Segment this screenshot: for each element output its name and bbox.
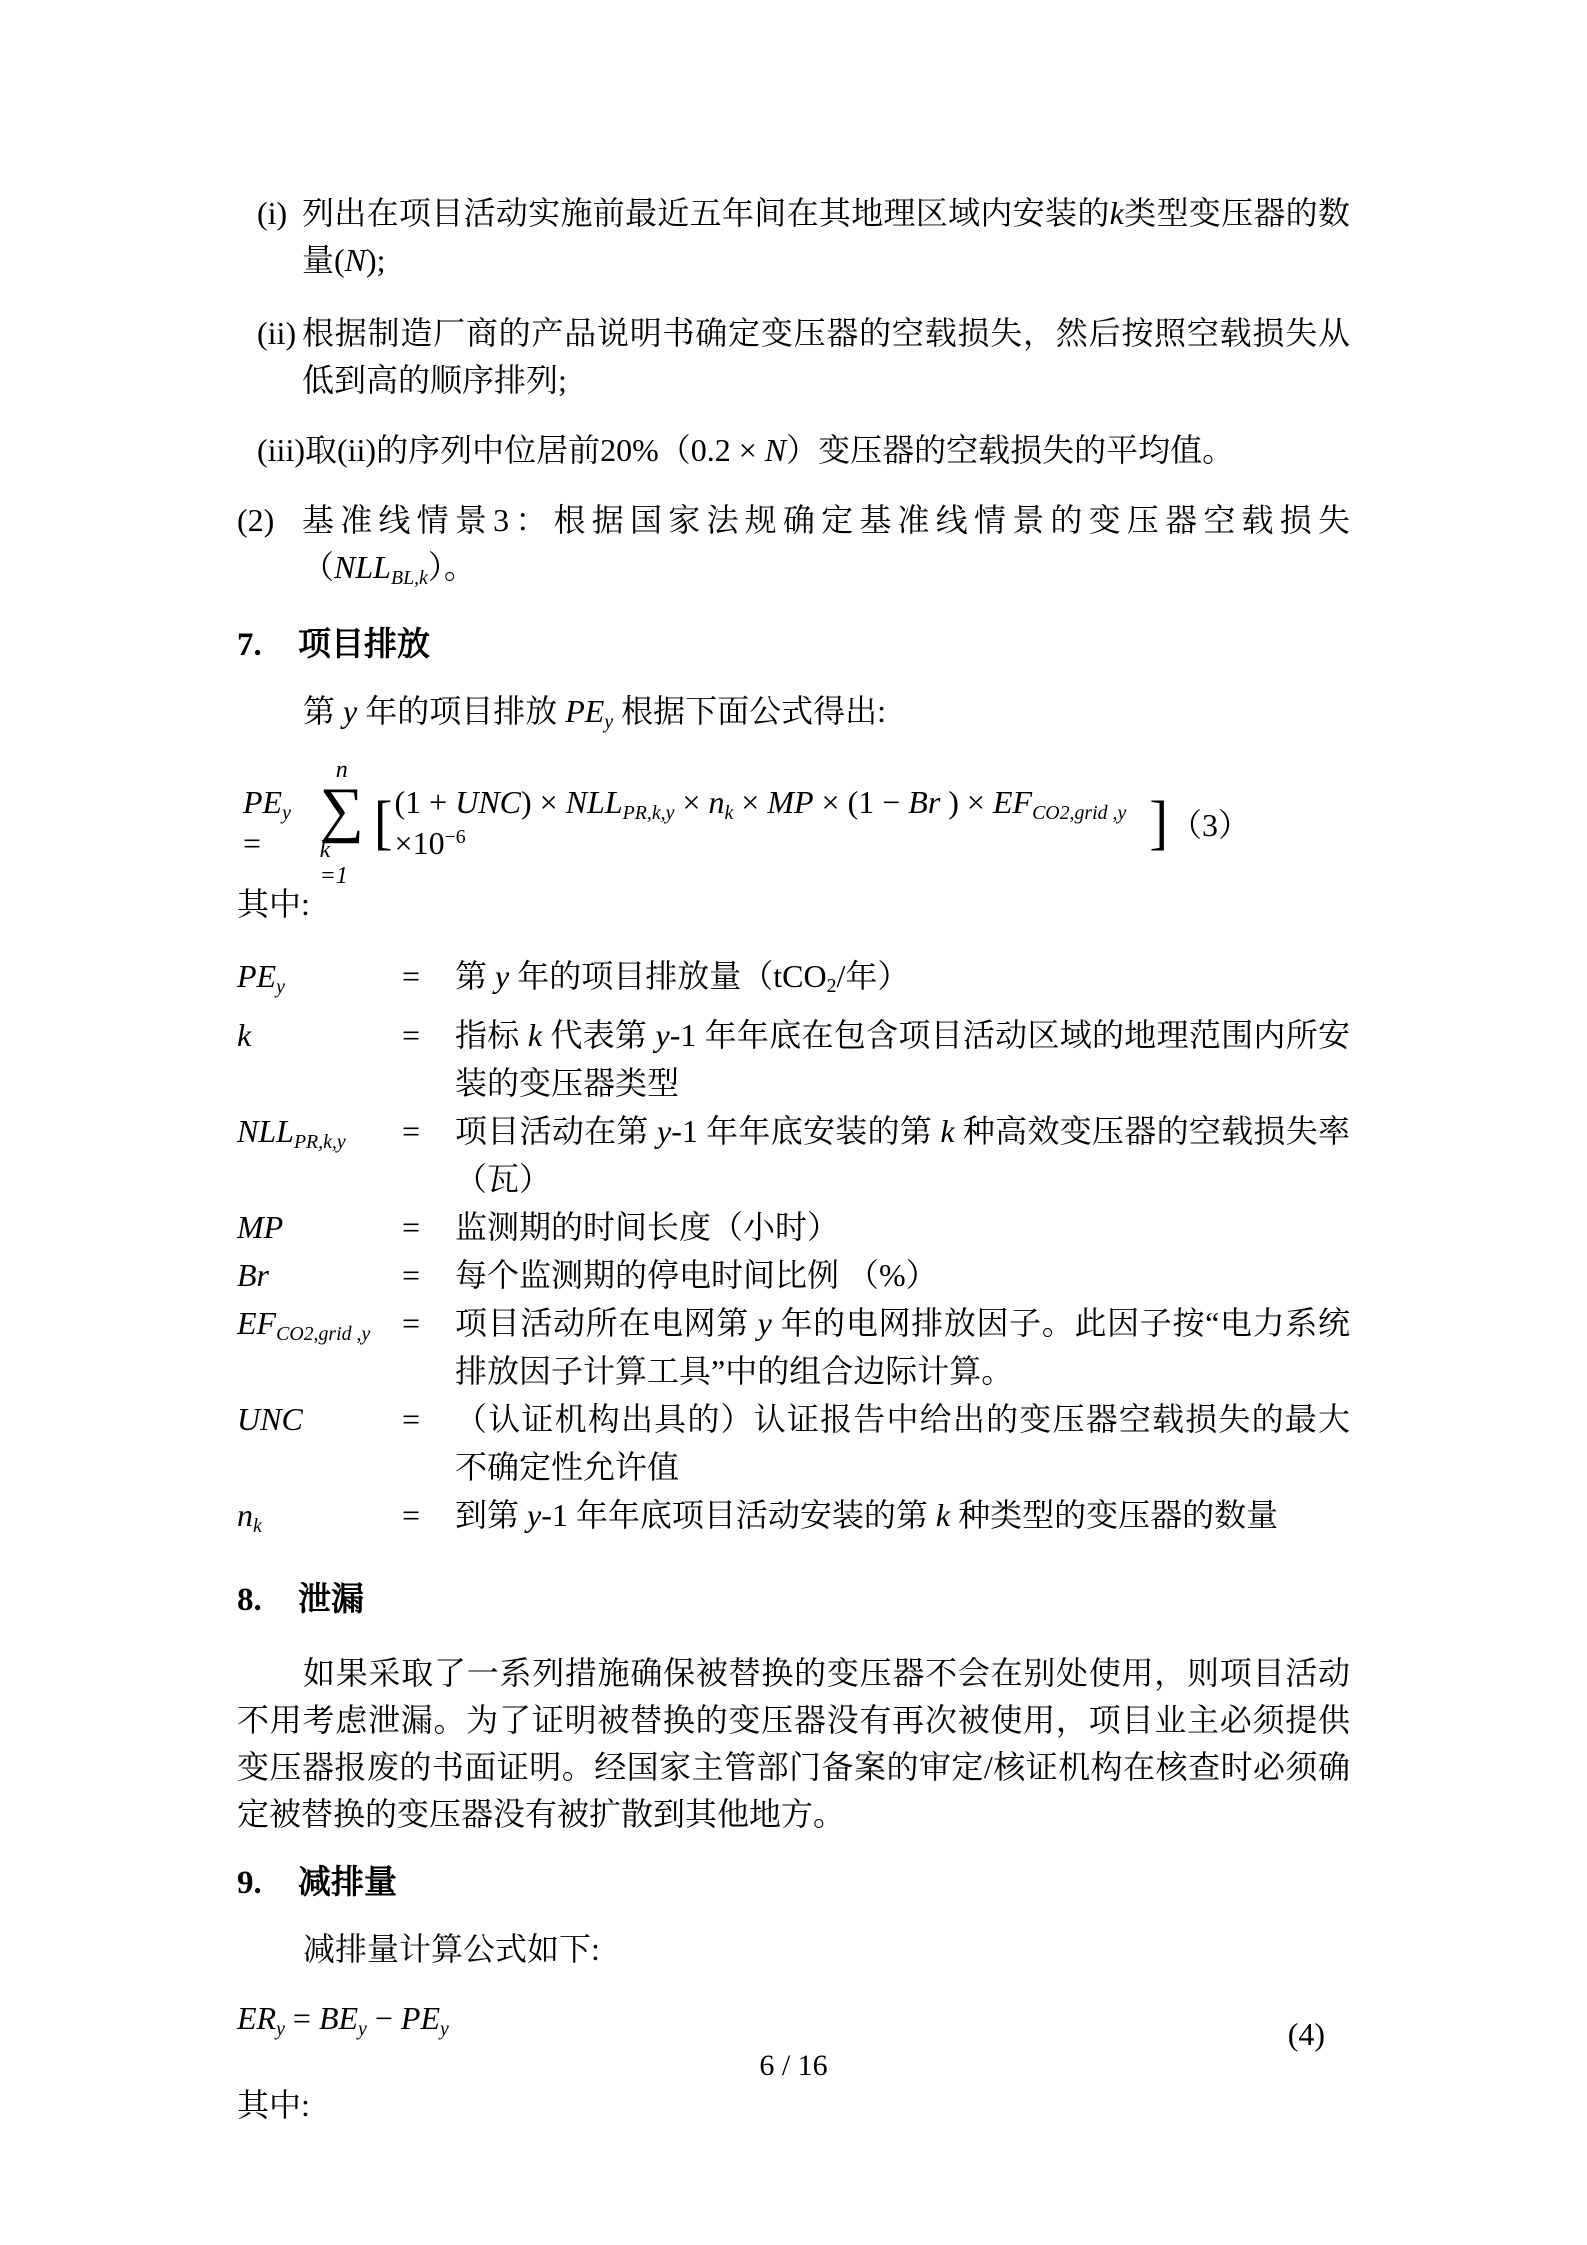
definition-symbol: EFCO2,grid ,y <box>237 1299 402 1395</box>
definition-symbol: nk <box>237 1491 402 1550</box>
list-item-ii: (ii) 根据制造厂商的产品说明书确定变压器的空载损失，然后按照空载损失从低到高… <box>237 310 1350 404</box>
list-item-ii-text: 根据制造厂商的产品说明书确定变压器的空载损失，然后按照空载损失从低到高的顺序排列… <box>302 310 1350 404</box>
definition-description: 指标 k 代表第 y-1 年年底在包含项目活动区域的地理范围内所安装的变压器类型 <box>455 1011 1350 1107</box>
equals-sign: = <box>402 952 455 1011</box>
definition-symbol: UNC <box>237 1395 402 1491</box>
definition-description: 到第 y-1 年年底项目活动安装的第 k 种类型的变压器的数量 <box>455 1491 1350 1550</box>
definition-description: （认证机构出具的）认证报告中给出的变压器空载损失的最大不确定性允许值 <box>455 1395 1350 1491</box>
section-9-heading: 9. 减排量 <box>237 1860 1350 1907</box>
definition-row-mp: MP = 监测期的时间长度（小时） <box>237 1203 1350 1251</box>
section-7-intro: 第 y 年的项目排放 PEy 根据下面公式得出: <box>237 688 1350 746</box>
definition-symbol: NLLPR,k,y <box>237 1107 402 1203</box>
definition-row-k: k = 指标 k 代表第 y-1 年年底在包含项目活动区域的地理范围内所安装的变… <box>237 1011 1350 1107</box>
section-8-title: 泄漏 <box>298 1577 364 1624</box>
definition-row-ef: EFCO2,grid ,y = 项目活动所在电网第 y 年的电网排放因子。此因子… <box>237 1299 1350 1395</box>
formula-3: PEy = n ∑ k =1 [ (1 + UNC) × NLLPR,k,y ×… <box>237 766 1350 881</box>
equals-sign: = <box>402 1203 455 1251</box>
definition-description: 监测期的时间长度（小时） <box>455 1203 1350 1251</box>
equals-sign: = <box>402 1299 455 1395</box>
document-page: (i) 列出在项目活动实施前最近五年间在其地理区域内安装的k类型变压器的数量(N… <box>0 0 1587 2245</box>
sigma-icon: ∑ <box>320 784 364 837</box>
section-8-paragraph: 如果采取了一系列措施确保被替换的变压器不会在别处使用，则项目活动不用考虑泄漏。为… <box>237 1650 1350 1838</box>
where-label-1: 其中: <box>237 881 1350 928</box>
definition-description: 第 y 年的项目排放量（tCO2/年） <box>455 952 1350 1011</box>
formula-3-close-bracket: ] <box>1147 793 1170 853</box>
list-item-iii-marker: (iii) <box>257 427 305 474</box>
list-item-ii-marker: (ii) <box>257 310 302 404</box>
list-item-2-text: 基准线情景3：根据国家法规确定基准线情景的变压器空载损失（NLLBL,k）。 <box>302 497 1350 602</box>
formula-3-open-bracket: [ <box>372 793 395 853</box>
definition-symbol: k <box>237 1011 402 1107</box>
footer-page-number: 6 / 16 <box>0 2042 1587 2089</box>
definition-symbol: Br <box>237 1251 402 1299</box>
summation-symbol: n ∑ k =1 <box>320 757 364 889</box>
equals-sign: = <box>402 1011 455 1107</box>
definition-description: 每个监测期的停电时间比例 （%） <box>455 1251 1350 1299</box>
definition-row-nk: nk = 到第 y-1 年年底项目活动安装的第 k 种类型的变压器的数量 <box>237 1491 1350 1550</box>
definition-row-pe: PEy = 第 y 年的项目排放量（tCO2/年） <box>237 952 1350 1011</box>
list-item-i-marker: (i) <box>257 190 302 284</box>
section-9-number: 9. <box>237 1860 298 1907</box>
summation-lower-limit: k =1 <box>320 837 364 890</box>
equals-sign: = <box>402 1251 455 1299</box>
definition-row-br: Br = 每个监测期的停电时间比例 （%） <box>237 1251 1350 1299</box>
section-8-number: 8. <box>237 1577 298 1624</box>
formula-3-equation-number: （3） <box>1170 800 1250 846</box>
equals-sign: = <box>402 1395 455 1491</box>
section-7-title: 项目排放 <box>298 622 430 669</box>
formula-3-lhs: PEy = <box>243 784 312 862</box>
section-7-number: 7. <box>237 622 298 669</box>
list-item-2: (2) 基准线情景3：根据国家法规确定基准线情景的变压器空载损失（NLLBL,k… <box>237 497 1350 602</box>
list-item-i: (i) 列出在项目活动实施前最近五年间在其地理区域内安装的k类型变压器的数量(N… <box>237 190 1350 284</box>
definition-row-nll: NLLPR,k,y = 项目活动在第 y-1 年年底安装的第 k 种高效变压器的… <box>237 1107 1350 1203</box>
list-item-i-text: 列出在项目活动实施前最近五年间在其地理区域内安装的k类型变压器的数量(N); <box>302 190 1350 284</box>
section-9-title: 减排量 <box>298 1860 397 1907</box>
section-8-heading: 8. 泄漏 <box>237 1577 1350 1624</box>
definition-row-unc: UNC = （认证机构出具的）认证报告中给出的变压器空载损失的最大不确定性允许值 <box>237 1395 1350 1491</box>
section-9-intro: 减排量计算公式如下: <box>237 1926 1350 1973</box>
list-item-iii-text: 取(ii)的序列中位居前20%（0.2 × N）变压器的空载损失的平均值。 <box>305 427 1350 474</box>
definition-description: 项目活动在第 y-1 年年底安装的第 k 种高效变压器的空载损失率（瓦） <box>455 1107 1350 1203</box>
definition-symbol: PEy <box>237 952 402 1011</box>
list-item-iii: (iii) 取(ii)的序列中位居前20%（0.2 × N）变压器的空载损失的平… <box>237 427 1350 474</box>
equals-sign: = <box>402 1107 455 1203</box>
formula-3-body: (1 + UNC) × NLLPR,k,y × nk × MP × (1 − B… <box>395 784 1148 862</box>
definitions-list: PEy = 第 y 年的项目排放量（tCO2/年） k = 指标 k 代表第 y… <box>237 952 1350 1550</box>
equals-sign: = <box>402 1491 455 1550</box>
definition-symbol: MP <box>237 1203 402 1251</box>
section-7-heading: 7. 项目排放 <box>237 622 1350 669</box>
definition-description: 项目活动所在电网第 y 年的电网排放因子。此因子按“电力系统排放因子计算工具”中… <box>455 1299 1350 1395</box>
list-item-2-marker: (2) <box>237 497 302 602</box>
page-content: (i) 列出在项目活动实施前最近五年间在其地理区域内安装的k类型变压器的数量(N… <box>237 0 1350 2129</box>
